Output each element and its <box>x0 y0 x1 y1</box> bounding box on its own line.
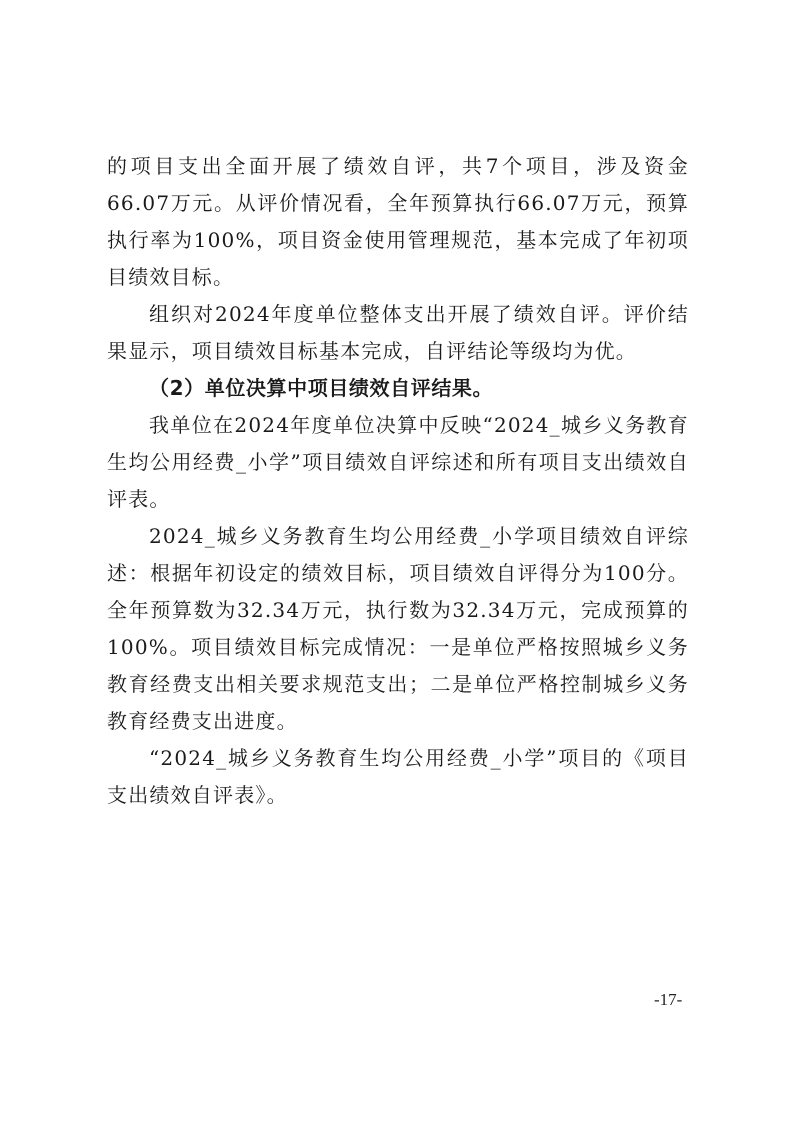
paragraph-unit-overall-evaluation: 组织对2024年度单位整体支出开展了绩效自评。评价结果显示，项目绩效目标基本完成… <box>107 296 689 370</box>
document-body: 的项目支出全面开展了绩效自评，共7个项目，涉及资金66.07万元。从评价情况看，… <box>107 148 689 814</box>
paragraph-evaluation-table-reference: “2024_城乡义务教育生均公用经费_小学”项目的《项目支出绩效自评表》。 <box>107 740 689 814</box>
paragraph-final-accounts-reflection: 我单位在2024年度单位决算中反映“2024_城乡义务教育生均公用经费_小学”项… <box>107 407 689 518</box>
section-heading-final-accounts-evaluation: （2）单位决算中项目绩效自评结果。 <box>107 370 689 407</box>
paragraph-project-evaluation-overview: 2024_城乡义务教育生均公用经费_小学项目绩效自评综述：根据年初设定的绩效目标… <box>107 518 689 740</box>
page-number: -17- <box>654 990 682 1010</box>
paragraph-project-summary: 的项目支出全面开展了绩效自评，共7个项目，涉及资金66.07万元。从评价情况看，… <box>107 148 689 296</box>
